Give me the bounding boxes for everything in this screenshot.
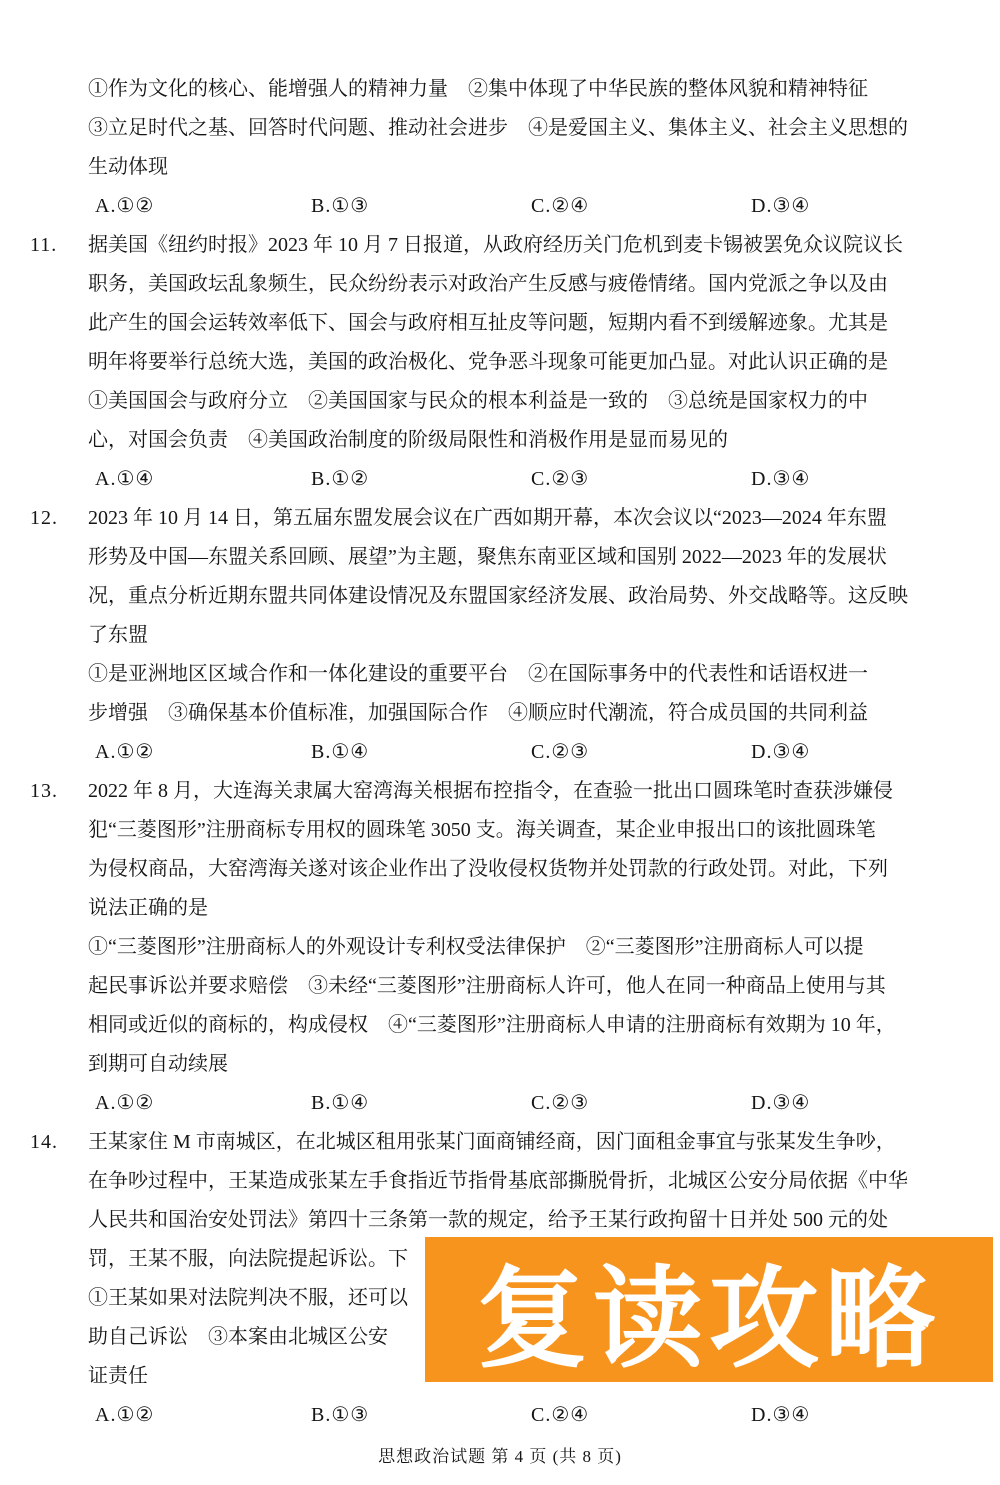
- options-row: A.①②B.①④C.②③D.③④: [88, 733, 986, 772]
- question-block: 12. 2023 年 10 月 14 日，第五届东盟发展会议在广西如期开幕，本次…: [30, 499, 986, 772]
- question-line: ①是亚洲地区区域合作和一体化建设的重要平台 ②在国际事务中的代表性和话语权进一: [88, 655, 986, 694]
- question-line: 生动体现: [88, 148, 986, 187]
- question-line: 形势及中国—东盟关系回顾、展望”为主题，聚焦东南亚区域和国别 2022—2023…: [88, 538, 986, 577]
- option-b: B.①③: [311, 1396, 531, 1435]
- option-d: D.③④: [751, 1084, 810, 1123]
- option-c: C.②④: [531, 1396, 751, 1435]
- question-block: ①作为文化的核心、能增强人的精神力量 ②集中体现了中华民族的整体风貌和精神特征③…: [30, 70, 986, 226]
- question-number: 13.: [30, 772, 58, 811]
- option-b: B.①④: [311, 1084, 531, 1123]
- question-block: 13. 2022 年 8 月，大连海关隶属大窑湾海关根据布控指令，在查验一批出口…: [30, 772, 986, 1123]
- question-line: 说法正确的是: [88, 889, 986, 928]
- exam-page-scan: { "meta": { "doc_type": "printed exam pa…: [0, 0, 1000, 1485]
- options-row: A.①④B.①②C.②③D.③④: [88, 460, 986, 499]
- question-block: 11. 据美国《纽约时报》2023 年 10 月 7 日报道，从政府经历关门危机…: [30, 226, 986, 499]
- option-d: D.③④: [751, 1396, 810, 1435]
- question-line: 据美国《纽约时报》2023 年 10 月 7 日报道，从政府经历关门危机到麦卡锡…: [88, 226, 986, 265]
- options-row: A.①②B.①③C.②④D.③④: [88, 1396, 986, 1435]
- question-line: 了东盟: [88, 616, 986, 655]
- options-row: A.①②B.①③C.②④D.③④: [88, 187, 986, 226]
- question-line: 为侵权商品，大窑湾海关遂对该企业作出了没收侵权货物并处罚款的行政处罚。对此，下列: [88, 850, 986, 889]
- options-row: A.①②B.①④C.②③D.③④: [88, 1084, 986, 1123]
- repeat-study-watermark-banner: 复读攻略: [425, 1237, 993, 1382]
- question-line: ①美国国会与政府分立 ②美国国家与民众的根本利益是一致的 ③总统是国家权力的中: [88, 382, 986, 421]
- question-line: ①“三菱图形”注册商标人的外观设计专利权受法律保护 ②“三菱图形”注册商标人可以…: [88, 928, 986, 967]
- question-line: ①作为文化的核心、能增强人的精神力量 ②集中体现了中华民族的整体风貌和精神特征: [88, 70, 986, 109]
- option-c: C.②③: [531, 460, 751, 499]
- question-number: 11.: [30, 226, 57, 265]
- question-line: 在争吵过程中，王某造成张某左手食指近节指骨基底部撕脱骨折，北城区公安分局依据《中…: [88, 1162, 986, 1201]
- question-line: 王某家住 M 市南城区，在北城区租用张某门面商铺经商，因门面租金事宜与张某发生争…: [88, 1123, 986, 1162]
- question-line: 到期可自动续展: [88, 1045, 986, 1084]
- question-line: 起民事诉讼并要求赔偿 ③未经“三菱图形”注册商标人许可，他人在同一种商品上使用与…: [88, 967, 986, 1006]
- question-line: ③立足时代之基、回答时代问题、推动社会进步 ④是爱国主义、集体主义、社会主义思想…: [88, 109, 986, 148]
- question-line: 况，重点分析近期东盟共同体建设情况及东盟国家经济发展、政治局势、外交战略等。这反…: [88, 577, 986, 616]
- option-b: B.①④: [311, 733, 531, 772]
- question-line: 步增强 ③确保基本价值标准，加强国际合作 ④顺应时代潮流，符合成员国的共同利益: [88, 694, 986, 733]
- option-a: A.①②: [95, 733, 311, 772]
- option-b: B.①②: [311, 460, 531, 499]
- option-b: B.①③: [311, 187, 531, 226]
- option-d: D.③④: [751, 460, 810, 499]
- question-line: 心，对国会负责 ④美国政治制度的阶级局限性和消极作用是显而易见的: [88, 421, 986, 460]
- question-line: 职务，美国政坛乱象频生，民众纷纷表示对政治产生反感与疲倦情绪。国内党派之争以及由: [88, 265, 986, 304]
- option-d: D.③④: [751, 733, 810, 772]
- question-line: 人民共和国治安处罚法》第四十三条第一款的规定，给予王某行政拘留十日并处 500 …: [88, 1201, 986, 1240]
- option-a: A.①②: [95, 187, 311, 226]
- question-line: 此产生的国会运转效率低下、国会与政府相互扯皮等问题，短期内看不到缓解迹象。尤其是: [88, 304, 986, 343]
- exam-content: ①作为文化的核心、能增强人的精神力量 ②集中体现了中华民族的整体风貌和精神特征③…: [0, 0, 1000, 1435]
- question-line: 犯“三菱图形”注册商标专用权的圆珠笔 3050 支。海关调查，某企业申报出口的该…: [88, 811, 986, 850]
- question-line: 相同或近似的商标的，构成侵权 ④“三菱图形”注册商标人申请的注册商标有效期为 1…: [88, 1006, 986, 1045]
- question-number: 14.: [30, 1123, 58, 1162]
- question-line: 2023 年 10 月 14 日，第五届东盟发展会议在广西如期开幕，本次会议以“…: [88, 499, 986, 538]
- option-a: A.①②: [95, 1396, 311, 1435]
- option-a: A.①④: [95, 460, 311, 499]
- page-footer: 思想政治试题 第 4 页 (共 8 页): [0, 1442, 1000, 1467]
- question-number: 12.: [30, 499, 58, 538]
- option-c: C.②③: [531, 733, 751, 772]
- question-line: 明年将要举行总统大选，美国的政治极化、党争恶斗现象可能更加凸显。对此认识正确的是: [88, 343, 986, 382]
- option-c: C.②④: [531, 187, 751, 226]
- option-a: A.①②: [95, 1084, 311, 1123]
- option-c: C.②③: [531, 1084, 751, 1123]
- option-d: D.③④: [751, 187, 810, 226]
- question-line: 2022 年 8 月，大连海关隶属大窑湾海关根据布控指令，在查验一批出口圆珠笔时…: [88, 772, 986, 811]
